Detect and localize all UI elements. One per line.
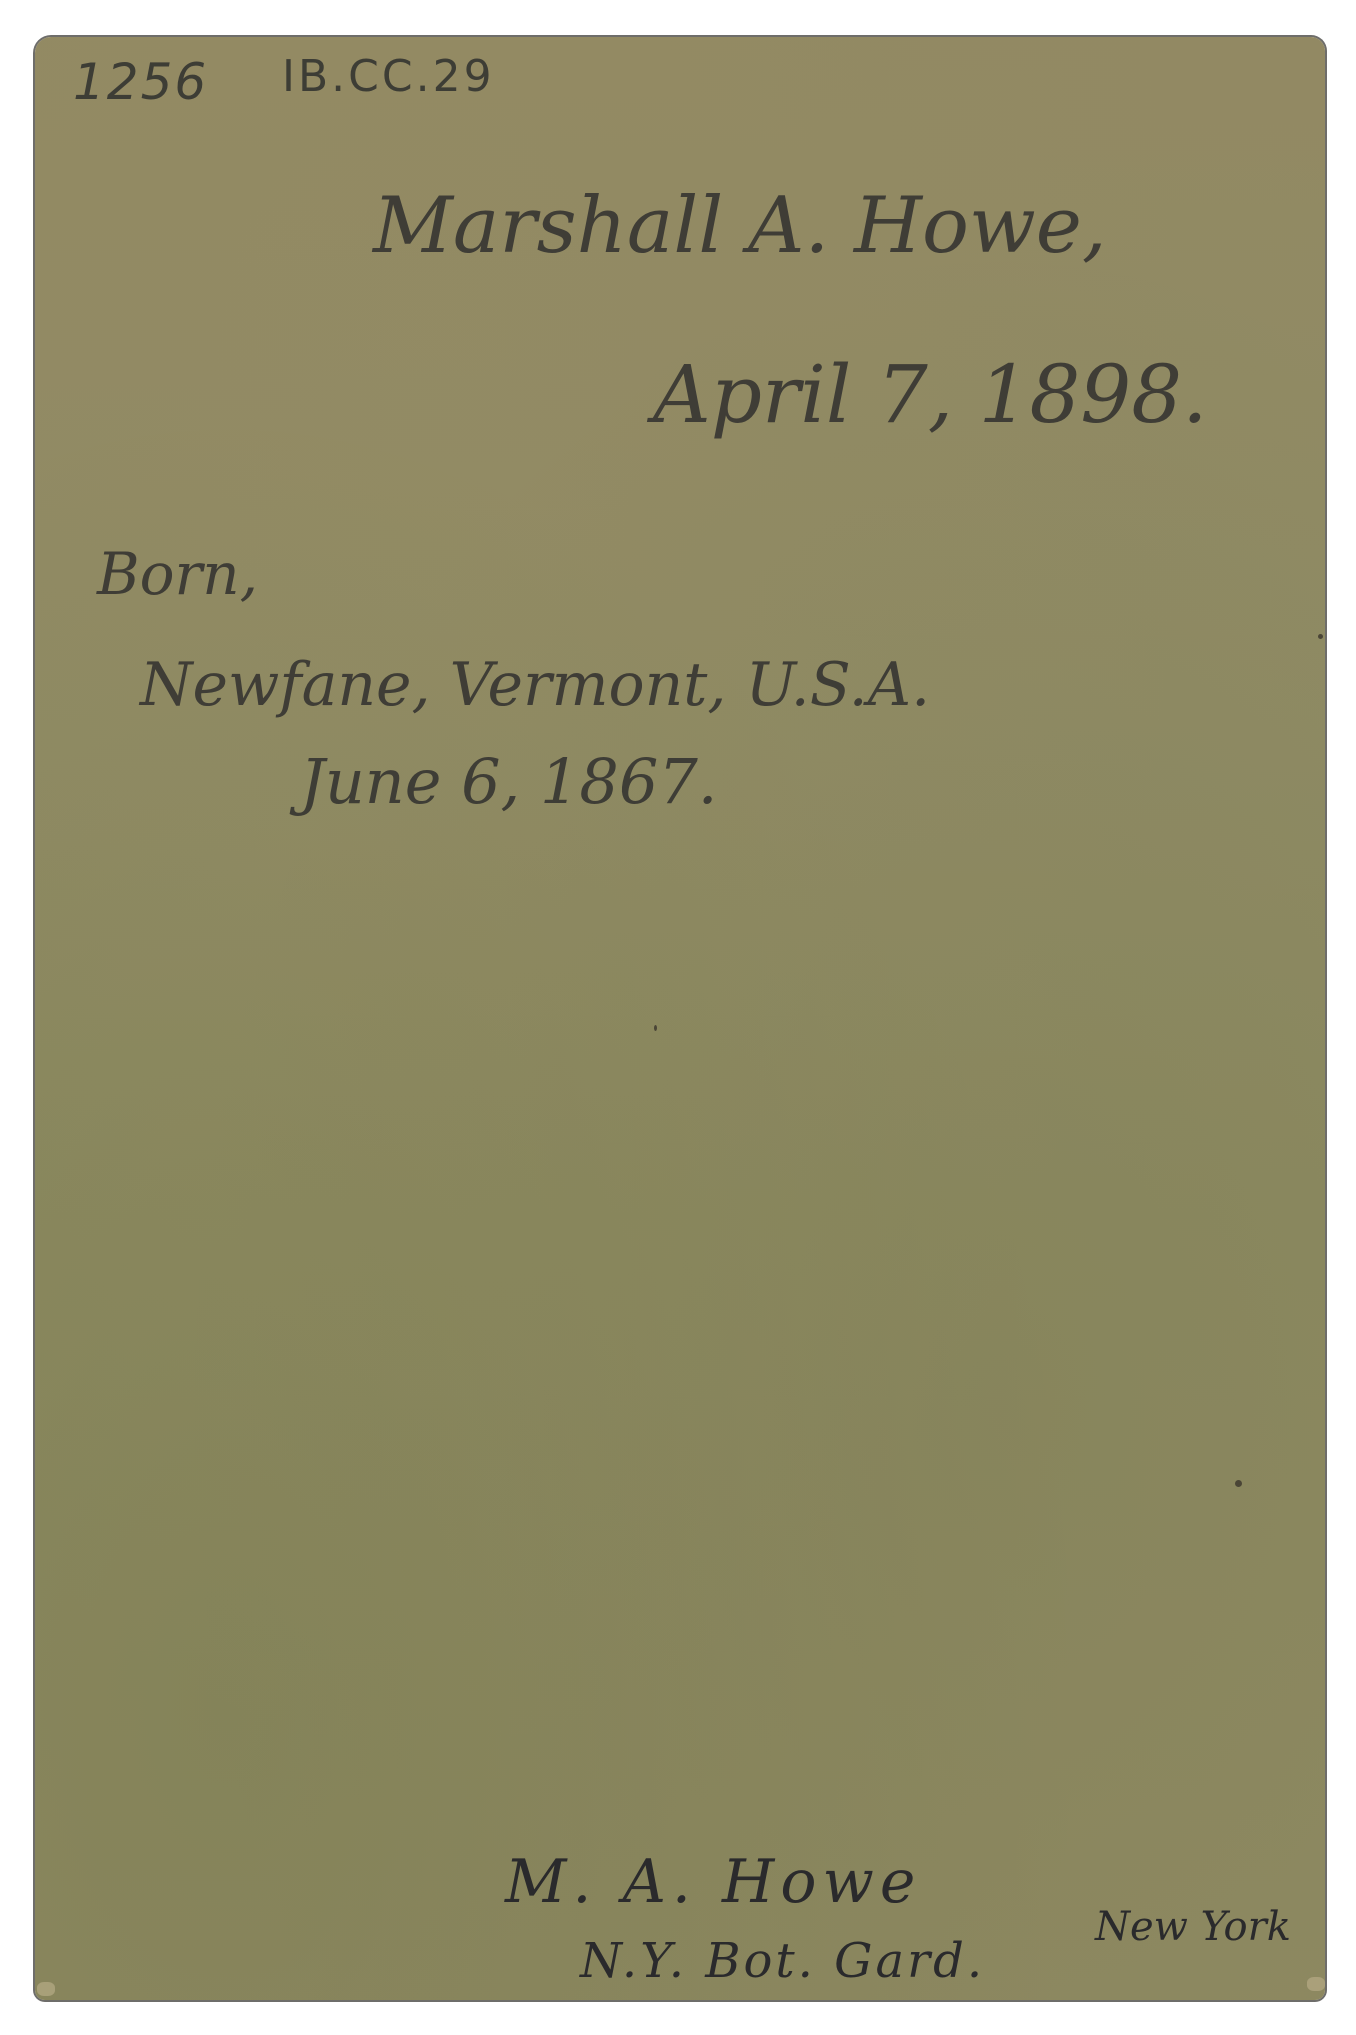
corner-wear (1307, 1977, 1325, 1991)
institution: N.Y. Bot. Gard. (580, 1937, 985, 1985)
stain-mark (1235, 1480, 1242, 1487)
stain-mark (654, 1025, 657, 1031)
catalog-code: IB.CC.29 (282, 55, 495, 99)
subject-name: Marshall A. Howe, (373, 187, 1107, 265)
signature: M. A. Howe (505, 1852, 921, 1912)
born-label: Born, (97, 545, 258, 603)
edge-mark (1318, 634, 1323, 639)
catalog-number: 1256 (73, 57, 208, 107)
photo-date: April 7, 1898. (653, 355, 1208, 435)
corner-wear (37, 1982, 55, 1996)
card-back: 1256 IB.CC.29 Marshall A. Howe, April 7,… (35, 37, 1325, 2000)
city: New York (1095, 1907, 1291, 1947)
birth-place: Newfane, Vermont, U.S.A. (140, 655, 930, 715)
birth-date: June 6, 1867. (300, 751, 717, 813)
